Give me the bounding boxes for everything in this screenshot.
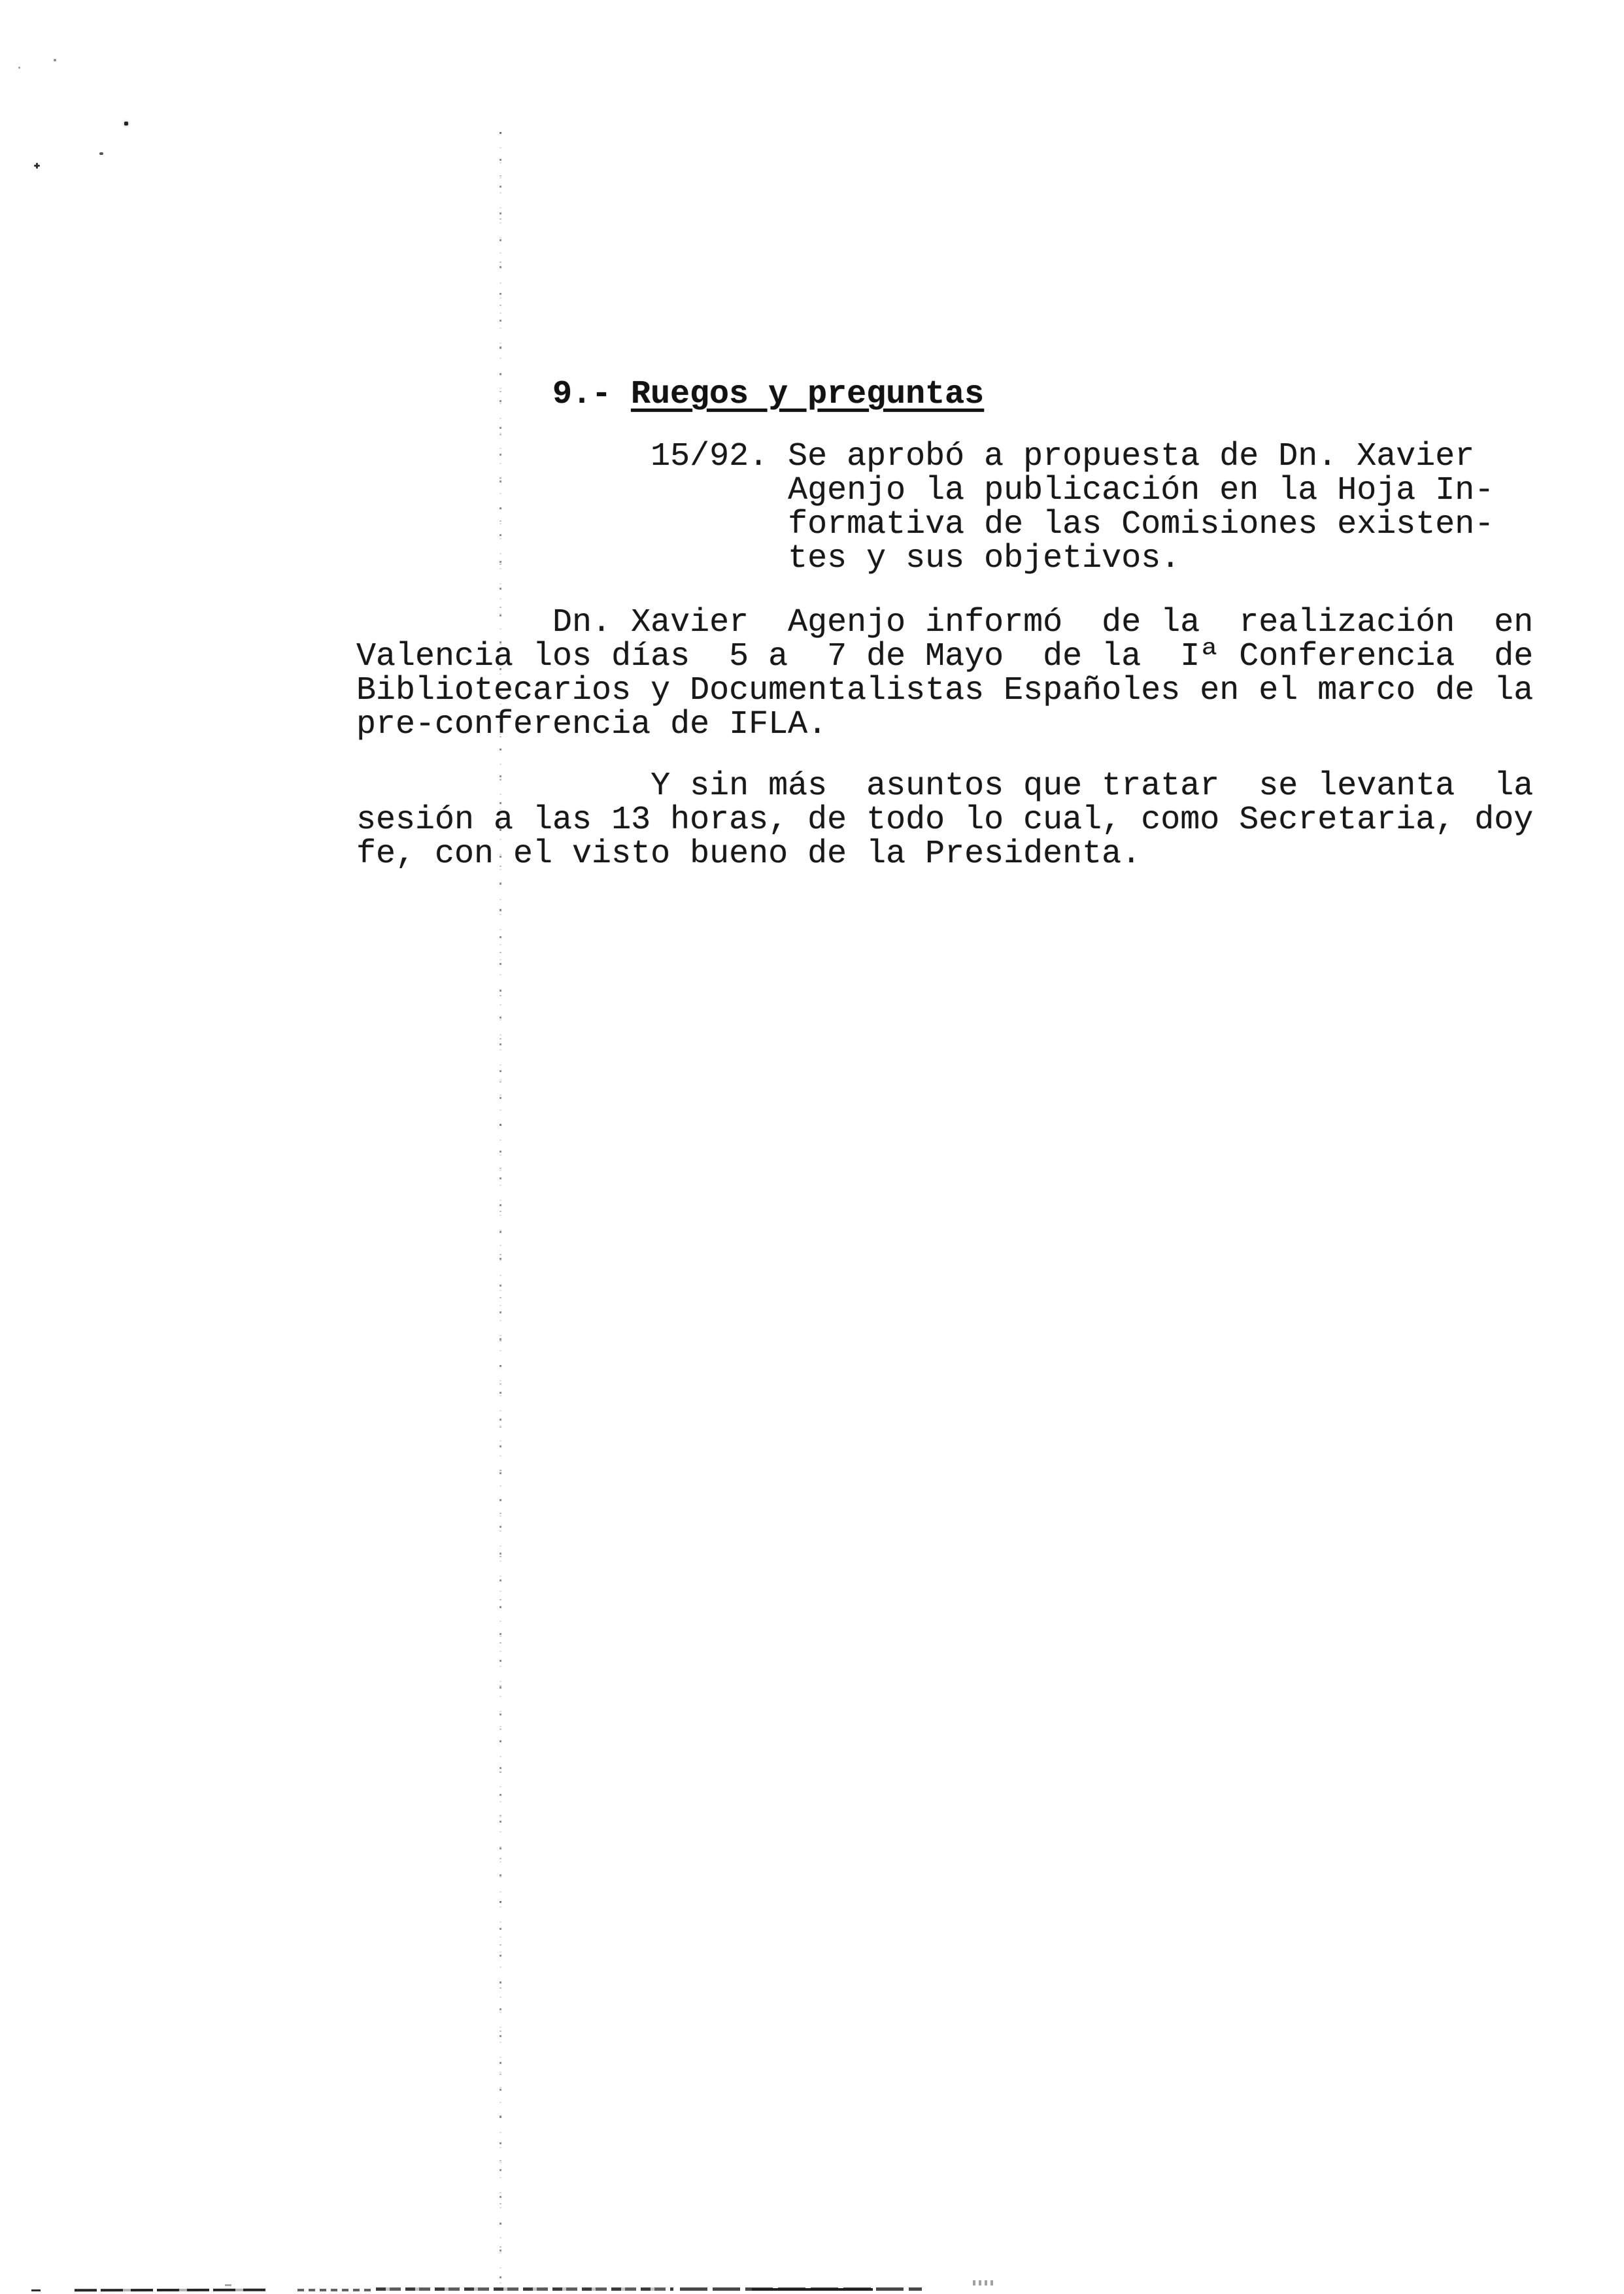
typed-line: Valencia los días 5 a 7 de Mayo de la Iª… (356, 640, 1533, 674)
scan-bottom-edge-line (376, 2287, 673, 2291)
typed-line: fe, con el visto bueno de la Presidenta. (356, 837, 1533, 871)
resolution-paragraph: 15/92. Se aprobó a propuesta de Dn. Xavi… (356, 440, 1494, 576)
scan-bottom-edge-line (225, 2284, 231, 2286)
section-heading: 9.- Ruegos y preguntas (552, 378, 984, 412)
typed-line: tes y sus objetivos. (356, 542, 1494, 576)
typed-line: formativa de las Comisiones existen- (356, 508, 1494, 542)
typed-line: Agenjo la publicación en la Hoja In- (356, 474, 1494, 508)
scanned-document-page: 9.- Ruegos y preguntas 15/92. Se aprobó … (0, 0, 1624, 2294)
typed-line: Dn. Xavier Agenjo informó de la realizac… (356, 606, 1533, 640)
section-number: 9.- (552, 376, 631, 413)
scan-bottom-edge-line (752, 2288, 873, 2291)
scan-bottom-edge-line (973, 2280, 995, 2286)
scan-bottom-edge-line (31, 2289, 41, 2291)
scan-speck (99, 152, 103, 155)
scan-speck (124, 122, 128, 126)
typed-line: sesión a las 13 horas, de todo lo cual, … (356, 803, 1533, 837)
scan-bottom-edge-line (75, 2289, 265, 2292)
section-title: Ruegos y preguntas (631, 376, 984, 413)
typed-line: Y sin más asuntos que tratar se levanta … (356, 769, 1533, 803)
typed-line: Bibliotecarios y Documentalistas Español… (356, 674, 1533, 708)
closing-paragraph: Y sin más asuntos que tratar se levanta … (356, 769, 1533, 871)
scan-speck (54, 59, 56, 61)
typed-line: 15/92. Se aprobó a propuesta de Dn. Xavi… (356, 440, 1494, 474)
scan-speck (36, 163, 38, 169)
conference-paragraph: Dn. Xavier Agenjo informó de la realizac… (356, 606, 1533, 742)
scan-speck (18, 67, 20, 69)
typed-line: pre-conferencia de IFLA. (356, 708, 1533, 742)
scan-vertical-dotted-line (499, 132, 501, 2284)
scan-bottom-edge-line (297, 2289, 371, 2291)
